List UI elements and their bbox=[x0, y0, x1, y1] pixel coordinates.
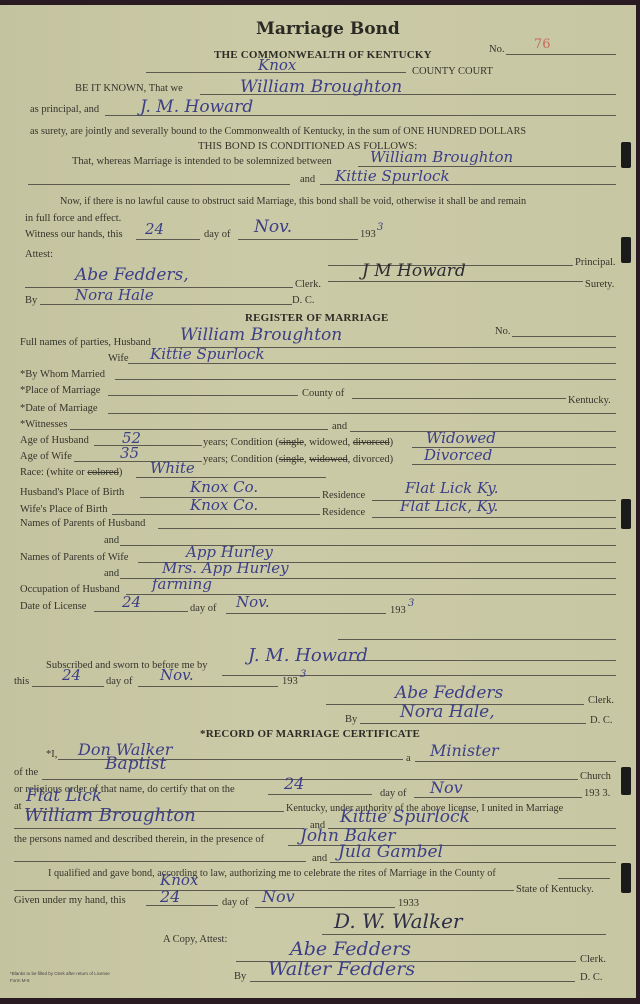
husband-label: Full names of parties, Husband bbox=[20, 338, 151, 349]
witness-2: Jula Gambel bbox=[338, 844, 443, 861]
witness-day: 24 bbox=[145, 222, 164, 237]
clerk-signature: Abe Fedders, bbox=[75, 267, 189, 284]
rule bbox=[138, 686, 278, 687]
rule bbox=[108, 395, 298, 396]
age-wife: 35 bbox=[120, 446, 139, 461]
certificate-day: 24 bbox=[284, 776, 304, 792]
given-label: Given under my hand, this bbox=[14, 896, 126, 907]
rule bbox=[250, 981, 575, 982]
rule bbox=[115, 379, 616, 380]
state-of-kentucky-label: State of Kentucky. bbox=[516, 885, 594, 896]
dc-label: D. C. bbox=[292, 296, 314, 307]
rule bbox=[338, 639, 616, 640]
date-of-marriage-label: *Date of Marriage bbox=[20, 404, 98, 415]
groom-name: William Broughton bbox=[24, 807, 196, 825]
rule bbox=[412, 464, 616, 465]
wife-parent-2: Mrs. App Hurley bbox=[162, 561, 289, 576]
husband-condition: Widowed bbox=[426, 431, 496, 446]
husband-residence: Flat Lick Ky. bbox=[405, 481, 498, 496]
binder-tab bbox=[621, 499, 631, 529]
and-label: and bbox=[300, 175, 315, 186]
rule bbox=[108, 413, 616, 414]
marriage-place: Flat Lick bbox=[26, 788, 102, 805]
and-label: and bbox=[332, 422, 347, 433]
sworn-by-signature: J. M. Howard bbox=[248, 647, 368, 665]
marriage-bond-document: Marriage Bond THE COMMONWEALTH OF KENTUC… bbox=[0, 5, 636, 998]
rule bbox=[322, 934, 606, 935]
this-label: this bbox=[14, 677, 29, 688]
given-day: 24 bbox=[160, 889, 180, 905]
wife-condition: Divorced bbox=[424, 448, 492, 463]
rule bbox=[255, 907, 395, 908]
race-label: Race: (white or colored) bbox=[20, 468, 122, 479]
license-date-label: Date of License bbox=[20, 602, 86, 613]
by-label: By bbox=[234, 972, 246, 983]
witness-year-suffix: 3 bbox=[377, 223, 383, 233]
day-of-label: day of bbox=[380, 789, 407, 800]
wife-birthplace: Knox Co. bbox=[190, 498, 258, 513]
rule bbox=[126, 594, 616, 595]
year-prefix: 193 bbox=[390, 606, 406, 617]
day-of-label: day of bbox=[106, 677, 133, 688]
residence-label: Residence bbox=[322, 508, 365, 519]
day-of-label: day of bbox=[222, 898, 249, 909]
occupation-value: farming bbox=[152, 577, 212, 592]
parents-wife-label: Names of Parents of Wife bbox=[20, 553, 128, 564]
rule bbox=[94, 611, 188, 612]
register-dc-signature: Nora Hale, bbox=[400, 704, 495, 721]
license-month: Nov. bbox=[236, 595, 270, 610]
husband-name: William Broughton bbox=[180, 327, 342, 344]
rule bbox=[14, 828, 304, 829]
clerk-label: Clerk. bbox=[588, 696, 614, 707]
race-value: White bbox=[150, 461, 195, 476]
condition-label: years; Condition (single, widowed, divor… bbox=[203, 455, 393, 466]
rule bbox=[112, 514, 320, 515]
and-label: and bbox=[104, 536, 119, 547]
witness-month: Nov. bbox=[254, 219, 292, 236]
rule bbox=[70, 429, 328, 430]
rule bbox=[25, 287, 293, 288]
rule bbox=[128, 363, 616, 364]
rule bbox=[338, 660, 616, 661]
party2-name: Kittie Spurlock bbox=[335, 169, 450, 184]
rule bbox=[94, 445, 202, 446]
whereas-text: That, whereas Marriage is intended to be… bbox=[72, 157, 332, 168]
footnote-line-1: *Blanks to be filled by Clerk after retu… bbox=[10, 971, 110, 976]
surety-label: Surety. bbox=[585, 280, 614, 291]
county-value: Knox bbox=[258, 58, 296, 73]
wife-label: Wife bbox=[108, 354, 129, 365]
by-label: By bbox=[25, 296, 37, 307]
husband-birthplace-label: Husband's Place of Birth bbox=[20, 488, 124, 499]
rule bbox=[268, 794, 372, 795]
deputy-clerk-signature: Nora Hale bbox=[75, 288, 154, 303]
rule bbox=[414, 797, 582, 798]
rule bbox=[28, 184, 290, 185]
bride-name: Kittie Spurlock bbox=[340, 809, 470, 826]
officiant-signature: D. W. Walker bbox=[334, 911, 462, 931]
wife-name: Kittie Spurlock bbox=[150, 347, 265, 362]
clerk-label: Clerk. bbox=[295, 280, 321, 291]
bond-number: 76 bbox=[534, 38, 551, 51]
given-month: Nov bbox=[262, 889, 295, 905]
at-label: at bbox=[14, 802, 22, 813]
license-day: 24 bbox=[122, 595, 141, 610]
county-of-label: County of bbox=[302, 389, 344, 400]
sworn-month: Nov. bbox=[160, 668, 194, 683]
attest-label: Attest: bbox=[25, 250, 53, 261]
kentucky-label: Kentucky. bbox=[568, 396, 611, 407]
rule bbox=[238, 239, 358, 240]
rule bbox=[226, 613, 386, 614]
year-prefix: 193 bbox=[360, 230, 376, 241]
age-husband-label: Age of Husband bbox=[20, 436, 89, 447]
certificate-clerk-signature: Abe Fedders bbox=[290, 940, 411, 959]
as-principal-label: as principal, and bbox=[30, 105, 99, 116]
binder-tab bbox=[621, 142, 631, 168]
rule bbox=[352, 398, 566, 399]
wife-residence: Flat Lick, Ky. bbox=[400, 499, 498, 514]
rule bbox=[136, 239, 200, 240]
certificate-year: 193 3. bbox=[584, 789, 610, 800]
certificate-dc-signature: Walter Fedders bbox=[268, 960, 415, 979]
by-whom-married-label: *By Whom Married bbox=[20, 370, 105, 381]
principal-name: William Broughton bbox=[240, 79, 402, 96]
rule bbox=[158, 528, 616, 529]
year-prefix: 193 bbox=[282, 677, 298, 688]
persons-named-text: the persons named and described therein,… bbox=[14, 835, 264, 846]
document-title: Marriage Bond bbox=[256, 19, 400, 39]
binder-tab bbox=[621, 863, 631, 893]
sworn-year-suffix: 3 bbox=[300, 670, 306, 680]
rule bbox=[360, 723, 586, 724]
bond-no-label: No. bbox=[489, 45, 504, 56]
void-clause-line1: Now, if there is no lawful cause to obst… bbox=[60, 197, 526, 207]
rule bbox=[512, 336, 616, 337]
of-the-label: of the bbox=[14, 768, 38, 779]
sworn-day: 24 bbox=[62, 668, 81, 683]
register-heading: REGISTER OF MARRIAGE bbox=[245, 312, 389, 324]
rule bbox=[32, 686, 104, 687]
given-year: 1933 bbox=[398, 899, 419, 910]
church-label: Church bbox=[580, 772, 611, 783]
binder-tab bbox=[621, 237, 631, 263]
clerk-label: Clerk. bbox=[580, 955, 606, 966]
rule bbox=[372, 517, 616, 518]
and-label: and bbox=[312, 854, 327, 865]
rule bbox=[14, 861, 306, 862]
footnote-line-2: Form M-8 bbox=[10, 978, 30, 983]
certificate-county: Knox bbox=[160, 873, 198, 888]
copy-attest-label: A Copy, Attest: bbox=[163, 935, 227, 946]
wife-birthplace-label: Wife's Place of Birth bbox=[20, 505, 108, 516]
qualified-text: I qualified and gave bond, according to … bbox=[48, 869, 496, 879]
surety-clause: as surety, are jointly and severally bou… bbox=[30, 127, 526, 137]
rule bbox=[415, 761, 616, 762]
day-of-label: day of bbox=[204, 230, 231, 241]
husband-birthplace: Knox Co. bbox=[190, 480, 258, 495]
a-label: a bbox=[406, 754, 411, 765]
commonwealth-heading: THE COMMONWEALTH OF KENTUCKY bbox=[214, 49, 432, 61]
dc-label: D. C. bbox=[590, 716, 612, 727]
certificate-heading: *RECORD OF MARRIAGE CERTIFICATE bbox=[200, 728, 420, 740]
wife-parent-1: App Hurley bbox=[186, 545, 273, 560]
place-of-marriage-label: *Place of Marriage bbox=[20, 386, 100, 397]
rule bbox=[558, 878, 610, 879]
witnesses-label: *Witnesses bbox=[20, 420, 67, 431]
by-label: By bbox=[345, 715, 357, 726]
residence-label: Residence bbox=[322, 491, 365, 502]
parents-husband-label: Names of Parents of Husband bbox=[20, 519, 145, 530]
day-of-label: day of bbox=[190, 604, 217, 615]
surety-name: J. M. Howard bbox=[140, 99, 253, 116]
be-it-known-label: BE IT KNOWN, That we bbox=[75, 84, 183, 95]
certificate-month: Nov bbox=[430, 780, 463, 796]
rule bbox=[506, 54, 616, 55]
rule bbox=[146, 905, 218, 906]
register-no-label: No. bbox=[495, 327, 510, 338]
church-value: Baptist bbox=[105, 756, 166, 773]
rule bbox=[42, 779, 578, 780]
witness-label: Witness our hands, this bbox=[25, 230, 123, 241]
void-clause-line2: in full force and effect. bbox=[25, 214, 121, 225]
rule bbox=[328, 281, 583, 282]
condition-label: years; Condition (single, widowed, divor… bbox=[203, 438, 393, 449]
license-year-suffix: 3 bbox=[408, 599, 414, 609]
dc-label: D. C. bbox=[580, 973, 602, 984]
occupation-label: Occupation of Husband bbox=[20, 585, 120, 596]
principal-label: Principal. bbox=[575, 258, 616, 269]
i-label: *I, bbox=[46, 750, 57, 761]
rule bbox=[330, 862, 616, 863]
register-clerk-signature: Abe Fedders bbox=[395, 685, 503, 702]
binder-tab bbox=[621, 767, 631, 795]
surety-signature: J M Howard bbox=[362, 263, 466, 280]
party1-name: William Broughton bbox=[370, 150, 513, 165]
and-label: and bbox=[104, 569, 119, 580]
age-wife-label: Age of Wife bbox=[20, 452, 72, 463]
rule bbox=[40, 304, 292, 305]
officiant-title: Minister bbox=[430, 743, 499, 759]
county-court-label: COUNTY COURT bbox=[412, 67, 493, 78]
